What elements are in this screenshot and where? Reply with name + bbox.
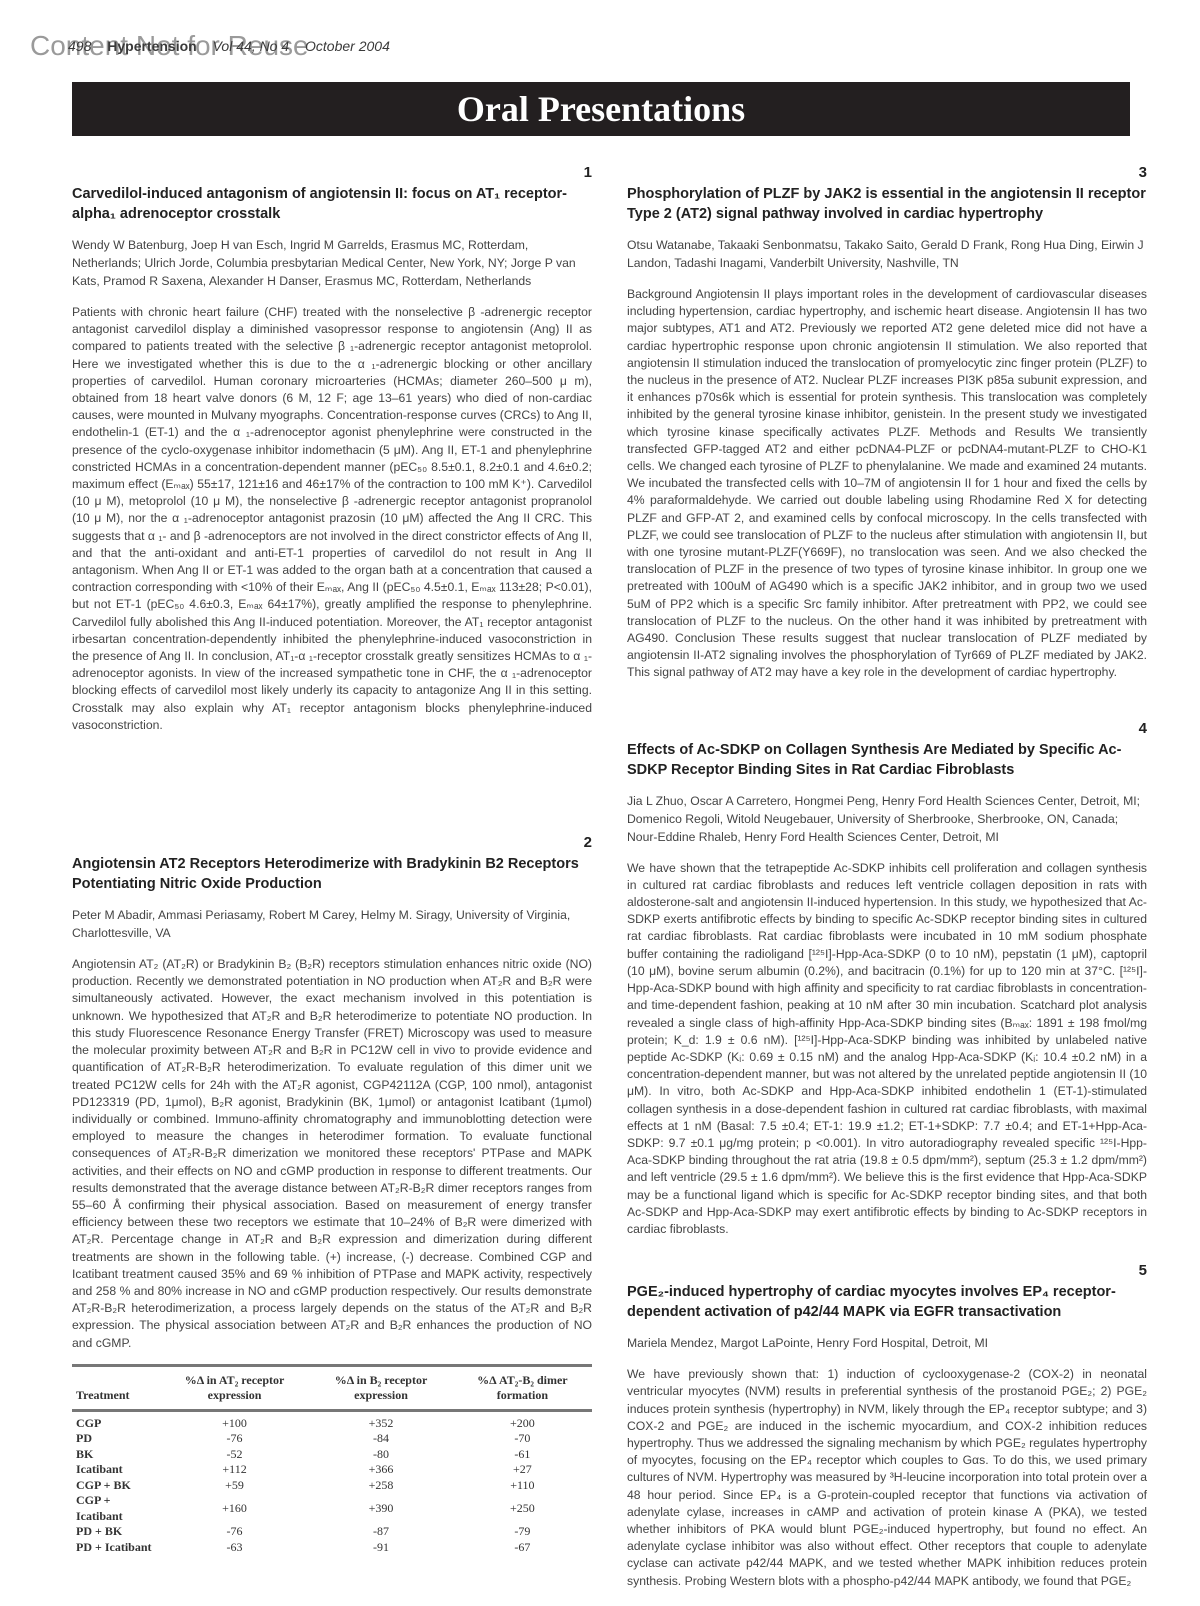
abstract-2: 2 Angiotensin AT2 Receptors Heterodimeri…: [72, 834, 592, 1555]
cell: +366: [309, 1462, 452, 1478]
cell: CGP + Icatibant: [72, 1493, 160, 1524]
cell: +250: [453, 1493, 592, 1524]
table-row: PD + Icatibant-63-91-67: [72, 1540, 592, 1556]
cell: +100: [160, 1410, 310, 1431]
abstract-title: Angiotensin AT2 Receptors Heterodimerize…: [72, 854, 592, 894]
abstract-3: 3 Phosphorylation of PLZF by JAK2 is ess…: [627, 164, 1147, 682]
abstract-authors: Jia L Zhuo, Oscar A Carretero, Hongmei P…: [627, 792, 1147, 846]
section-banner: Oral Presentations: [72, 82, 1130, 136]
abstract-title: Effects of Ac-SDKP on Collagen Synthesis…: [627, 740, 1147, 780]
cell: -80: [309, 1447, 452, 1463]
abstract-number: 2: [72, 834, 592, 852]
cell: -63: [160, 1540, 310, 1556]
cell: +200: [453, 1410, 592, 1431]
abstract-authors: Mariela Mendez, Margot LaPointe, Henry F…: [627, 1334, 1147, 1352]
issue-date: October 2004: [305, 38, 390, 54]
abstract-authors: Wendy W Batenburg, Joep H van Esch, Ingr…: [72, 236, 592, 290]
cell: -84: [309, 1431, 452, 1447]
abstract-4: 4 Effects of Ac-SDKP on Collagen Synthes…: [627, 720, 1147, 1238]
cell: +160: [160, 1493, 310, 1524]
cell: +27: [453, 1462, 592, 1478]
cell: +258: [309, 1478, 452, 1494]
cell: PD: [72, 1431, 160, 1447]
cell: -67: [453, 1540, 592, 1556]
cell: -87: [309, 1524, 452, 1540]
abstract-5: 5 PGE₂-induced hypertrophy of cardiac my…: [627, 1262, 1147, 1590]
cell: -76: [160, 1431, 310, 1447]
running-head: 498 Hypertension Vol 44, No 4 October 20…: [68, 38, 402, 58]
cell: -61: [453, 1447, 592, 1463]
table-row: CGP+100+352+200: [72, 1410, 592, 1431]
abstract-authors: Otsu Watanabe, Takaaki Senbonmatsu, Taka…: [627, 236, 1147, 272]
left-column: 1 Carvedilol-induced antagonism of angio…: [72, 164, 592, 1555]
cell: +352: [309, 1410, 452, 1431]
page-number: 498: [68, 38, 91, 54]
cell: +390: [309, 1493, 452, 1524]
table-row: BK-52-80-61: [72, 1447, 592, 1463]
cell: Icatibant: [72, 1462, 160, 1478]
journal-name: Hypertension: [107, 38, 196, 54]
abstract-title: PGE₂-induced hypertrophy of cardiac myoc…: [627, 1282, 1147, 1322]
abstract-body: We have shown that the tetrapeptide Ac-S…: [627, 860, 1147, 1238]
cell: +110: [453, 1478, 592, 1494]
abstract-title: Phosphorylation of PLZF by JAK2 is essen…: [627, 184, 1147, 224]
cell: PD + BK: [72, 1524, 160, 1540]
abstract-body: Angiotensin AT₂ (AT₂R) or Bradykinin B₂ …: [72, 956, 592, 1352]
cell: BK: [72, 1447, 160, 1463]
abstract-body: We have previously shown that: 1) induct…: [627, 1366, 1147, 1590]
table-row: CGP + Icatibant+160+390+250: [72, 1493, 592, 1524]
cell: -52: [160, 1447, 310, 1463]
cell: CGP: [72, 1410, 160, 1431]
cell: -76: [160, 1524, 310, 1540]
abstract-title: Carvedilol-induced antagonism of angiote…: [72, 184, 592, 224]
table-row: PD-76-84-70: [72, 1431, 592, 1447]
col-header: %Δ in AT₂ receptor expression: [160, 1365, 310, 1410]
cell: +59: [160, 1478, 310, 1494]
cell: -70: [453, 1431, 592, 1447]
cell: +112: [160, 1462, 310, 1478]
table-row: Icatibant+112+366+27: [72, 1462, 592, 1478]
table-header-row: Treatment %Δ in AT₂ receptor expression …: [72, 1365, 592, 1410]
col-header: %Δ AT₂-B₂ dimer formation: [453, 1365, 592, 1410]
right-column: 3 Phosphorylation of PLZF by JAK2 is ess…: [627, 164, 1147, 1590]
abstract-number: 1: [72, 164, 592, 182]
abstract-body: Patients with chronic heart failure (CHF…: [72, 304, 592, 734]
treatment-table: Treatment %Δ in AT₂ receptor expression …: [72, 1364, 592, 1556]
col-header: Treatment: [72, 1365, 160, 1410]
table-row: PD + BK-76-87-79: [72, 1524, 592, 1540]
abstract-authors: Peter M Abadir, Ammasi Periasamy, Robert…: [72, 906, 592, 942]
col-header: %Δ in B₂ receptor expression: [309, 1365, 452, 1410]
table-row: CGP + BK+59+258+110: [72, 1478, 592, 1494]
cell: -79: [453, 1524, 592, 1540]
cell: CGP + BK: [72, 1478, 160, 1494]
section-title: Oral Presentations: [457, 88, 745, 130]
abstract-number: 5: [627, 1262, 1147, 1280]
cell: -91: [309, 1540, 452, 1556]
cell: PD + Icatibant: [72, 1540, 160, 1556]
abstract-1: 1 Carvedilol-induced antagonism of angio…: [72, 164, 592, 734]
abstract-body: Background Angiotensin II plays importan…: [627, 286, 1147, 682]
journal-issue: Vol 44, No 4: [213, 38, 290, 54]
abstract-number: 4: [627, 720, 1147, 738]
abstract-number: 3: [627, 164, 1147, 182]
